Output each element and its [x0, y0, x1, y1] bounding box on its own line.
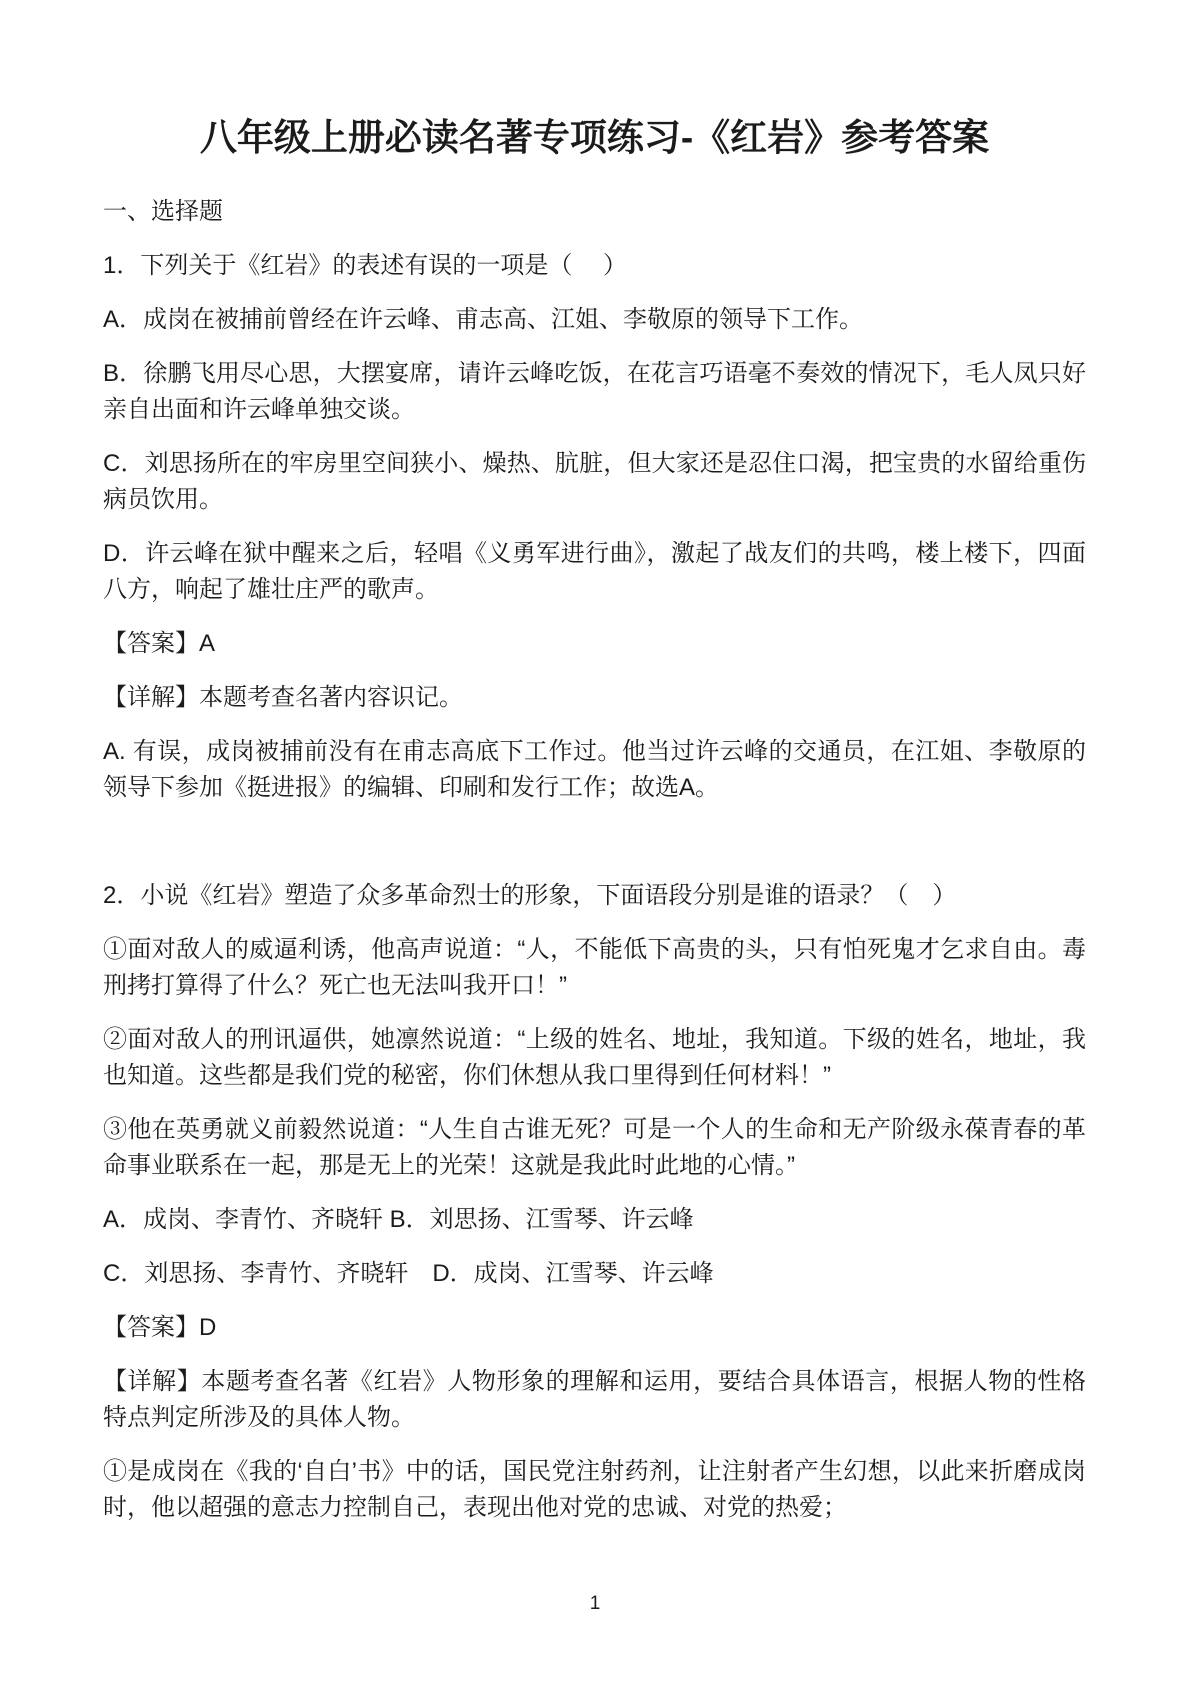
page-title: 八年级上册必读名著专项练习-《红岩》参考答案 [103, 0, 1086, 160]
paragraph: D．许云峰在狱中醒来之后，轻唱《义勇军进行曲》，激起了战友们的共鸣，楼上楼下，四… [103, 536, 1086, 608]
paragraph: B．徐鹏飞用尽心思，大摆宴席，请许云峰吃饭，在花言巧语毫不奏效的情况下，毛人凤只… [103, 356, 1086, 428]
paragraph: 1．下列关于《红岩》的表述有误的一项是（ ） [103, 248, 1086, 284]
paragraph: 一、选择题 [103, 194, 1086, 230]
paragraph-spacer [103, 824, 1086, 860]
document-body: 一、选择题1．下列关于《红岩》的表述有误的一项是（ ）A．成岗在被捕前曾经在许云… [103, 194, 1086, 1526]
paragraph: ①是成岗在《我的‘自白’书》中的话，国民党注射药剂，让注射者产生幻想，以此来折磨… [103, 1454, 1086, 1526]
paragraph: A．成岗在被捕前曾经在许云峰、甫志高、江姐、李敬原的领导下工作。 [103, 302, 1086, 338]
paragraph: A．成岗、李青竹、齐晓轩 B．刘思扬、江雪琴、许云峰 [103, 1202, 1086, 1238]
paragraph: 【详解】本题考查名著内容识记。 [103, 680, 1086, 716]
paragraph: A. 有误，成岗被捕前没有在甫志高底下工作过。他当过许云峰的交通员，在江姐、李敬… [103, 734, 1086, 806]
paragraph: C．刘思扬、李青竹、齐晓轩 D．成岗、江雪琴、许云峰 [103, 1256, 1086, 1292]
paragraph: 【答案】A [103, 626, 1086, 662]
document-page: 八年级上册必读名著专项练习-《红岩》参考答案 一、选择题1．下列关于《红岩》的表… [0, 0, 1190, 1684]
paragraph: C．刘思扬所在的牢房里空间狭小、燥热、肮脏，但大家还是忍住口渴，把宝贵的水留给重… [103, 446, 1086, 518]
page-number: 1 [0, 1592, 1190, 1616]
paragraph: ①面对敌人的威逼利诱，他高声说道：“人，不能低下高贵的头，只有怕死鬼才乞求自由。… [103, 932, 1086, 1004]
paragraph: ③他在英勇就义前毅然说道：“人生自古谁无死？可是一个人的生命和无产阶级永葆青春的… [103, 1112, 1086, 1184]
paragraph: 【答案】D [103, 1310, 1086, 1346]
paragraph: 2．小说《红岩》塑造了众多革命烈士的形象，下面语段分别是谁的语录？（ ） [103, 878, 1086, 914]
paragraph: ②面对敌人的刑讯逼供，她凛然说道：“上级的姓名、地址，我知道。下级的姓名，地址，… [103, 1022, 1086, 1094]
paragraph: 【详解】本题考查名著《红岩》人物形象的理解和运用，要结合具体语言，根据人物的性格… [103, 1364, 1086, 1436]
